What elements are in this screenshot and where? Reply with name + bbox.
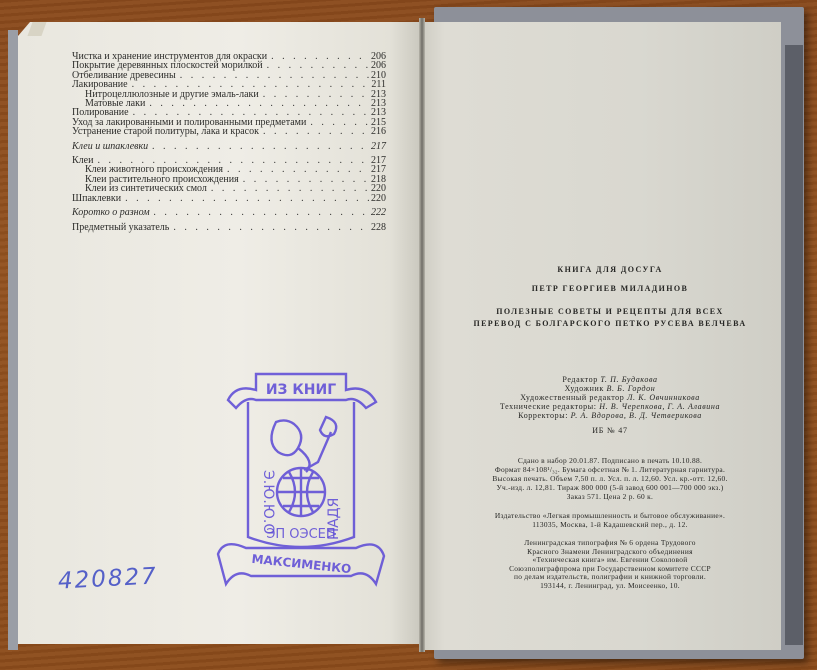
toc-entry-title: Коротко о разном	[72, 208, 150, 217]
spec-line: Сдано в набор 20.01.87. Подписано в печа…	[440, 456, 780, 465]
printer-line: 193144, г. Ленинград, ул. Моисеенко, 10.	[440, 582, 780, 591]
stamp-emblem-icon: ИЗ КНИГ Э.Ю.Ю.О МАДЯ ЭП ОЭСЕП МАКСИМЕНКО	[206, 362, 396, 602]
toc-leader-dots	[267, 52, 370, 61]
publisher-info: Издательство «Легкая промышленность и бы…	[440, 511, 780, 529]
ib-number: ИБ № 47	[440, 426, 780, 435]
toc-leader-dots	[148, 142, 370, 151]
toc-entry-title: Клеи и шпаклевки	[72, 142, 148, 151]
print-specifications: Сдано в набор 20.01.87. Подписано в печа…	[440, 456, 780, 501]
library-stamp: ИЗ КНИГ Э.Ю.Ю.О МАДЯ ЭП ОЭСЕП МАКСИМЕНКО	[206, 362, 396, 602]
toc-page-number: 222	[370, 208, 386, 217]
toc-leader-dots	[169, 223, 370, 232]
book-cover-right-edge	[785, 45, 803, 645]
svg-text:МАКСИМЕНКО: МАКСИМЕНКО	[251, 552, 352, 576]
toc-entry-title: Предметный указатель	[72, 223, 169, 232]
toc-leader-dots	[121, 194, 370, 203]
toc-leader-dots	[259, 90, 370, 99]
series-title: КНИГА ДЛЯ ДОСУГА	[440, 264, 780, 276]
imprint-page: КНИГА ДЛЯ ДОСУГА ПЕТР ГЕОРГИЕВ МИЛАДИНОВ…	[440, 264, 780, 591]
toc-page-number: 228	[370, 223, 386, 232]
toc-leader-dots	[150, 208, 370, 217]
toc-entry: Устранение старой политуры, лака и красо…	[72, 127, 386, 136]
credit-line: Редактор Т. П. Будакова	[440, 375, 780, 384]
toc-leader-dots	[306, 118, 370, 127]
toc-leader-dots	[263, 61, 370, 70]
publisher-line: Издательство «Легкая промышленность и бы…	[440, 511, 780, 520]
spec-line: Формат 84×108¹/₃₂. Бумага офсетная № 1. …	[440, 465, 780, 474]
spec-line: Заказ 571. Цена 2 р. 60 к.	[440, 492, 780, 501]
toc-page-number: 216	[370, 127, 386, 136]
book-gutter	[419, 18, 425, 652]
spec-line: Высокая печать. Объем 7,50 п. л. Усл. п.…	[440, 474, 780, 483]
credit-line: Художник В. Б. Гордон	[440, 384, 780, 393]
table-of-contents: Чистка и хранение инструментов для окрас…	[72, 52, 386, 232]
book-title: ПОЛЕЗНЫЕ СОВЕТЫ И РЕЦЕПТЫ ДЛЯ ВСЕХ	[440, 306, 780, 318]
toc-leader-dots	[239, 175, 370, 184]
toc-leader-dots	[259, 127, 370, 136]
toc-entry: Шпаклевки220	[72, 194, 386, 203]
toc-entry: Клеи и шпаклевки217	[72, 142, 386, 151]
handwritten-inventory-number: 420827	[57, 563, 158, 594]
toc-entry: Коротко о разном222	[72, 208, 386, 217]
printer-info: Ленинградская типография № 6 ордена Труд…	[440, 539, 780, 591]
svg-text:Э.Ю.Ю.О: Э.Ю.Ю.О	[260, 470, 276, 534]
credit-line: Художественный редактор Л. К. Овчинников…	[440, 393, 780, 402]
svg-text:ЭП ОЭСЕП: ЭП ОЭСЕП	[266, 527, 335, 542]
svg-text:ИЗ КНИГ: ИЗ КНИГ	[266, 382, 336, 398]
toc-leader-dots	[207, 184, 370, 193]
publisher-line: 113035, Москва, 1-й Кадашевский пер., д.…	[440, 520, 780, 529]
author-name: ПЕТР ГЕОРГИЕВ МИЛАДИНОВ	[440, 283, 780, 295]
toc-entry: Предметный указатель228	[72, 223, 386, 232]
credit-line: Корректоры: Р. А. Вдорова, В. Д. Четвери…	[440, 411, 780, 420]
credit-line: Технические редакторы: Н. В. Черепкова, …	[440, 402, 780, 411]
toc-entry-title: Устранение старой политуры, лака и красо…	[72, 127, 259, 136]
spec-line: Уч.-изд. л. 12,81. Тираж 800 000 (5-й за…	[440, 483, 780, 492]
toc-page-number: 217	[370, 142, 386, 151]
translation-credit: ПЕРЕВОД С БОЛГАРСКОГО ПЕТКО РУСЕВА ВЕЛЧЕ…	[440, 318, 780, 330]
toc-leader-dots	[223, 165, 370, 174]
toc-entry-title: Шпаклевки	[72, 194, 121, 203]
toc-leader-dots	[176, 71, 370, 80]
editorial-credits: Редактор Т. П. БудаковаХудожник В. Б. Го…	[440, 375, 780, 420]
toc-page-number: 220	[370, 194, 386, 203]
book-cover-left-edge	[8, 30, 18, 650]
toc-leader-dots	[145, 99, 370, 108]
